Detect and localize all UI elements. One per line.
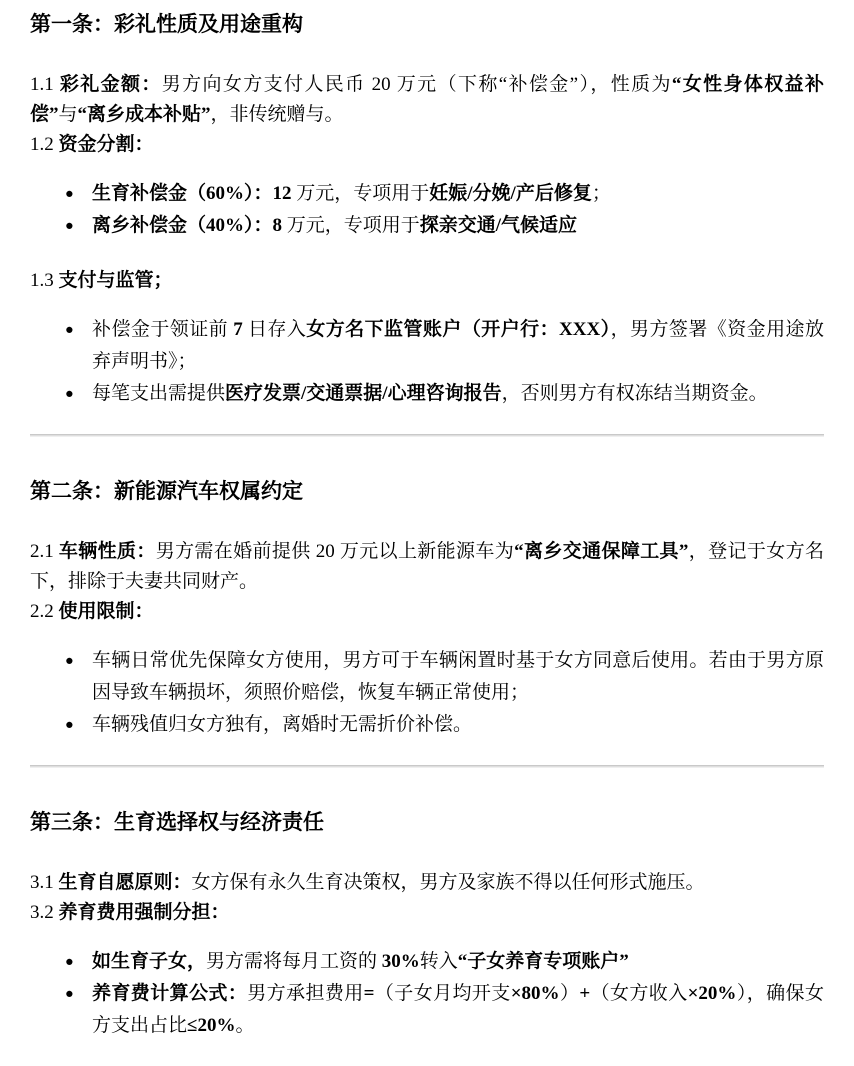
list-item-text: 养育费计算公式：男方承担费用=（子女月均开支×80%）+（女方收入×20%），确… — [92, 983, 824, 1036]
text-run: 3.1 — [30, 872, 59, 893]
list-item: ●补偿金于领证前 7 日存入女方名下监管账户（开户行：XXX），男方签署《资金用… — [30, 314, 824, 378]
list-item: ●养育费计算公式：男方承担费用=（子女月均开支×80%）+（女方收入×20%），… — [30, 978, 824, 1042]
text-run: 30% — [382, 951, 420, 972]
text-run: 万元，专项用于 — [292, 183, 430, 204]
text-run: 补偿金于领证前 — [92, 319, 233, 340]
bullet-list: ●如生育子女，男方需将每月工资的 30%转入“子女养育专项账户”●养育费计算公式… — [30, 946, 824, 1042]
bullet-icon: ● — [65, 378, 74, 410]
text-run: （子女月均开支 — [374, 983, 510, 1004]
text-run: （女方收入 — [590, 983, 687, 1004]
list-item-text: 离乡补偿金（40%）：8 万元，专项用于探亲交通/气候适应 — [92, 215, 577, 236]
section: 第二条：新能源汽车权属约定2.1 车辆性质：男方需在婚前提供 20 万元以上新能… — [30, 477, 824, 741]
section-divider — [30, 434, 824, 437]
text-run: 2.2 — [30, 601, 59, 622]
bullet-list: ●补偿金于领证前 7 日存入女方名下监管账户（开户行：XXX），男方签署《资金用… — [30, 314, 824, 410]
text-run: 探亲交通/气候适应 — [420, 215, 577, 236]
text-run: “离乡成本补贴” — [78, 104, 211, 125]
text-run: 2.1 — [30, 541, 59, 562]
list-item-text: 补偿金于领证前 7 日存入女方名下监管账户（开户行：XXX），男方签署《资金用途… — [92, 319, 824, 372]
text-run: 男方需在婚前提供 20 万元以上新能源车为 — [156, 541, 514, 562]
text-run: 离乡补偿金（40%）：8 — [92, 215, 282, 236]
text-run: 日存入 — [243, 319, 307, 340]
text-run: 支付与监管； — [59, 270, 173, 291]
bullet-icon: ● — [65, 645, 74, 677]
text-run: 妊娠/分娩/产后修复 — [429, 183, 592, 204]
section-title: 第三条：生育选择权与经济责任 — [30, 808, 824, 836]
section-divider — [30, 765, 824, 768]
paragraph: 2.1 车辆性质：男方需在婚前提供 20 万元以上新能源车为“离乡交通保障工具”… — [30, 537, 824, 597]
text-run: ×80% — [511, 983, 560, 1004]
text-run: 养育费计算公式： — [92, 983, 247, 1004]
text-run: 男方承担费用 — [247, 983, 363, 1004]
text-run: 7 — [233, 319, 243, 340]
text-run: 女方保有永久生育决策权，男方及家族不得以任何形式施压。 — [192, 872, 705, 893]
text-run: 车辆残值归女方独有，离婚时无需折价补偿。 — [92, 714, 472, 735]
section: 第三条：生育选择权与经济责任3.1 生育自愿原则：女方保有永久生育决策权，男方及… — [30, 808, 824, 1042]
text-run: 男方向女方支付人民币 20 万元（下称“补偿金”），性质为 — [162, 74, 672, 95]
paragraph: 1.1 彩礼金额：男方向女方支付人民币 20 万元（下称“补偿金”），性质为“女… — [30, 70, 824, 130]
text-run: 1.1 — [30, 74, 60, 95]
bullet-icon: ● — [65, 314, 74, 346]
text-run: ≤20% — [187, 1015, 235, 1036]
list-item-text: 如生育子女，男方需将每月工资的 30%转入“子女养育专项账户” — [92, 951, 629, 972]
text-run: 1.3 — [30, 270, 59, 291]
bullet-icon: ● — [65, 709, 74, 741]
section-title: 第二条：新能源汽车权属约定 — [30, 477, 824, 505]
text-run: 医疗发票/交通票据/心理咨询报告 — [225, 383, 502, 404]
paragraph: 2.2 使用限制： — [30, 597, 824, 627]
paragraph: 1.2 资金分割： — [30, 130, 824, 160]
section-title: 第一条：彩礼性质及用途重构 — [30, 10, 824, 38]
paragraph: 3.1 生育自愿原则：女方保有永久生育决策权，男方及家族不得以任何形式施压。 — [30, 868, 824, 898]
bullet-icon: ● — [65, 178, 74, 210]
text-run: 1.2 — [30, 134, 59, 155]
text-run: 。 — [235, 1015, 254, 1036]
text-run: 养育费用强制分担： — [59, 902, 230, 923]
list-item-text: 生育补偿金（60%）：12 万元，专项用于妊娠/分娩/产后修复； — [92, 183, 611, 204]
text-run: 每笔支出需提供 — [92, 383, 225, 404]
list-item: ●如生育子女，男方需将每月工资的 30%转入“子女养育专项账户” — [30, 946, 824, 978]
text-run: 车辆性质： — [59, 541, 156, 562]
paragraph: 3.2 养育费用强制分担： — [30, 898, 824, 928]
bullet-icon: ● — [65, 946, 74, 978]
text-run: 使用限制： — [59, 601, 154, 622]
list-item: ●离乡补偿金（40%）：8 万元，专项用于探亲交通/气候适应 — [30, 210, 824, 242]
text-run: ，非传统赠与。 — [211, 104, 344, 125]
list-item: ●车辆残值归女方独有，离婚时无需折价补偿。 — [30, 709, 824, 741]
text-run: ，否则男方有权冻结当期资金。 — [502, 383, 768, 404]
bullet-list: ●生育补偿金（60%）：12 万元，专项用于妊娠/分娩/产后修复；●离乡补偿金（… — [30, 178, 824, 242]
text-run: “离乡交通保障工具” — [514, 541, 688, 562]
text-run: 男方需将每月工资的 — [206, 951, 382, 972]
text-run: 万元，专项用于 — [282, 215, 420, 236]
list-item: ●生育补偿金（60%）：12 万元，专项用于妊娠/分娩/产后修复； — [30, 178, 824, 210]
text-run: 生育补偿金（60%）：12 — [92, 183, 292, 204]
text-run: = — [364, 983, 375, 1004]
list-item: ●每笔支出需提供医疗发票/交通票据/心理咨询报告，否则男方有权冻结当期资金。 — [30, 378, 824, 410]
text-run: 如生育子女， — [92, 951, 206, 972]
text-run: “子女养育专项账户” — [458, 951, 629, 972]
text-run: ×20% — [688, 983, 737, 1004]
text-run: + — [579, 983, 590, 1004]
text-run: 转入 — [420, 951, 458, 972]
text-run: 资金分割： — [59, 134, 154, 155]
list-item-text: 车辆日常优先保障女方使用，男方可于车辆闲置时基于女方同意后使用。若由于男方原因导… — [92, 650, 824, 703]
text-run: 3.2 — [30, 902, 59, 923]
text-run: ； — [592, 183, 611, 204]
paragraph: 1.3 支付与监管； — [30, 266, 824, 296]
text-run: 女方名下监管账户（开户行：XXX） — [306, 319, 610, 340]
bullet-icon: ● — [65, 210, 74, 242]
list-item-text: 每笔支出需提供医疗发票/交通票据/心理咨询报告，否则男方有权冻结当期资金。 — [92, 383, 768, 404]
list-item-text: 车辆残值归女方独有，离婚时无需折价补偿。 — [92, 714, 472, 735]
text-run: 车辆日常优先保障女方使用，男方可于车辆闲置时基于女方同意后使用。若由于男方原因导… — [92, 650, 824, 703]
text-run: 与 — [59, 104, 78, 125]
section: 第一条：彩礼性质及用途重构1.1 彩礼金额：男方向女方支付人民币 20 万元（下… — [30, 10, 824, 410]
bullet-icon: ● — [65, 978, 74, 1010]
document-page: 第一条：彩礼性质及用途重构1.1 彩礼金额：男方向女方支付人民币 20 万元（下… — [0, 0, 854, 1066]
text-run: 生育自愿原则： — [59, 872, 192, 893]
list-item: ●车辆日常优先保障女方使用，男方可于车辆闲置时基于女方同意后使用。若由于男方原因… — [30, 645, 824, 709]
text-run: 彩礼金额： — [60, 74, 162, 95]
text-run: ） — [560, 983, 580, 1004]
bullet-list: ●车辆日常优先保障女方使用，男方可于车辆闲置时基于女方同意后使用。若由于男方原因… — [30, 645, 824, 741]
